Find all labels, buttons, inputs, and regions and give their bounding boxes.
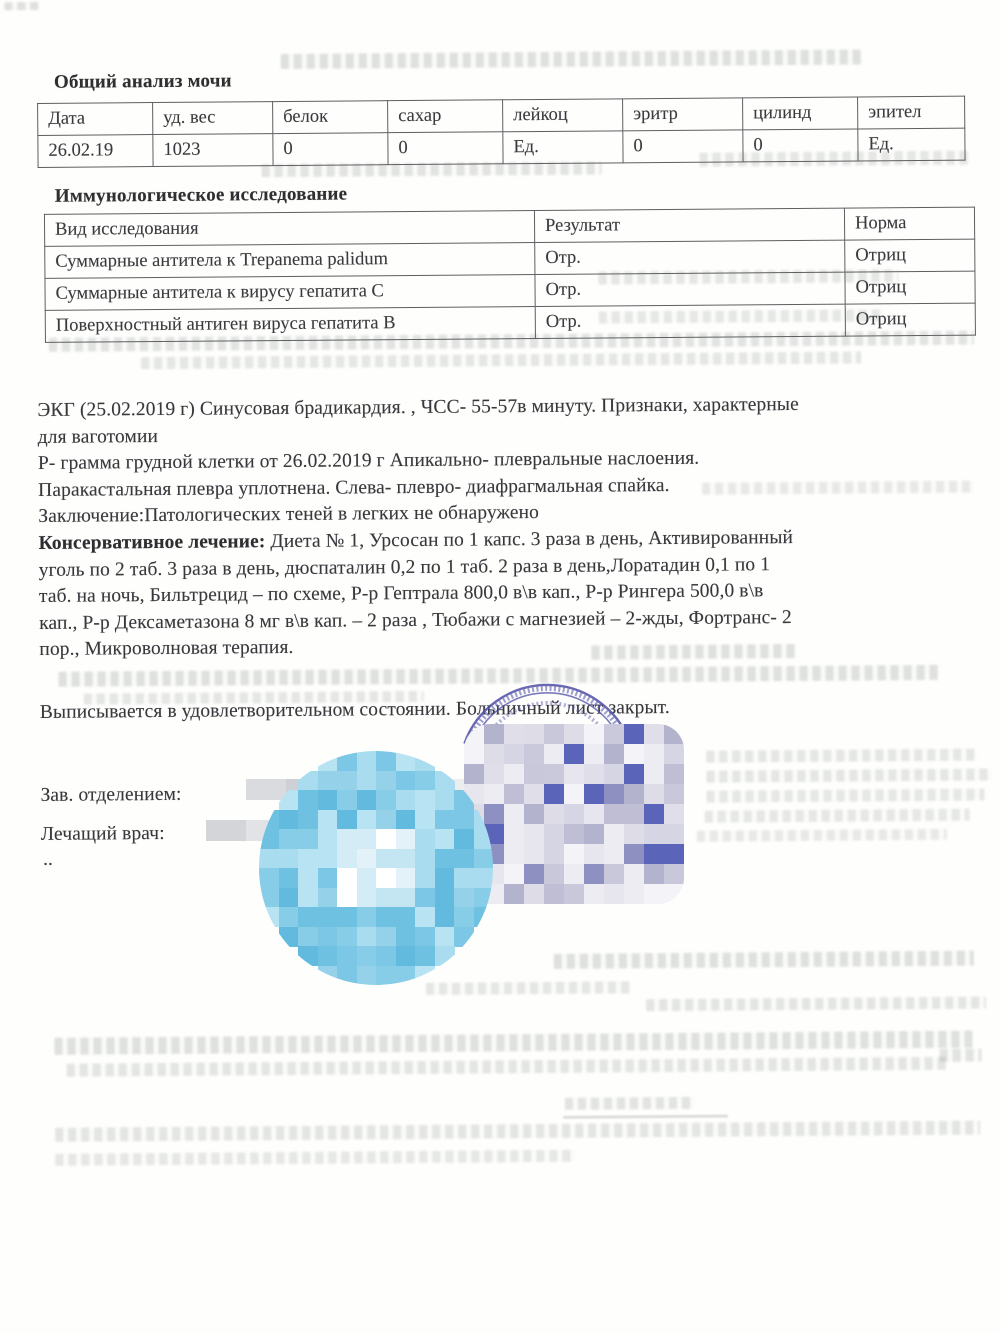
mosaic-cell — [298, 849, 318, 869]
mosaic-cell — [318, 790, 338, 810]
mosaic-cell — [318, 888, 338, 908]
mosaic-cell — [337, 810, 357, 830]
mosaic-cell — [396, 907, 416, 927]
mosaic-cell — [396, 751, 416, 771]
mosaic-cell — [415, 888, 435, 908]
mosaic-cell — [318, 946, 338, 966]
mosaic-cell — [337, 849, 357, 869]
mosaic-cell — [524, 804, 545, 825]
mosaic-cell — [376, 966, 396, 986]
mosaic-cell — [504, 844, 525, 865]
mosaic-cell — [504, 784, 525, 805]
mosaic-cell — [357, 966, 377, 986]
mosaic-cell — [454, 790, 474, 810]
mosaic-cell — [624, 804, 645, 825]
mosaic-cell — [415, 927, 435, 947]
mosaic-cell — [318, 829, 338, 849]
mosaic-cell — [474, 810, 494, 830]
mosaic-cell — [318, 927, 338, 947]
mosaic-cell — [357, 810, 377, 830]
mosaic-cell — [318, 771, 338, 791]
mosaic-cell — [604, 884, 625, 904]
mosaic-cell — [504, 864, 525, 885]
mosaic-cell — [376, 771, 396, 791]
mosaic-cell — [644, 884, 665, 904]
mosaic-cell — [357, 829, 377, 849]
mosaic-cell — [624, 724, 645, 745]
mosaic-cell — [357, 907, 377, 927]
mosaic-cell — [357, 849, 377, 869]
mosaic-cell — [584, 724, 605, 745]
mosaic-cell — [484, 744, 505, 765]
mosaic-cell — [584, 824, 605, 845]
mosaic-cell — [664, 724, 684, 745]
mosaic-cell — [396, 810, 416, 830]
mosaic-cell — [298, 771, 318, 791]
mosaic-cell — [279, 907, 299, 927]
mosaic-cell — [524, 744, 545, 765]
mosaic-cell — [259, 810, 279, 830]
mosaic-cell — [376, 868, 396, 888]
mosaic-cell — [584, 804, 605, 825]
mosaic-cell — [564, 884, 585, 904]
mosaic-cell — [624, 864, 645, 885]
mosaic-cell — [504, 824, 525, 845]
mosaic-cell — [454, 868, 474, 888]
mosaic-cell — [259, 868, 279, 888]
mosaic-cell — [464, 744, 485, 765]
mosaic-cell — [259, 849, 279, 869]
mosaic-cell — [318, 907, 338, 927]
mosaic-cell — [524, 884, 545, 904]
mosaic-cell — [357, 927, 377, 947]
mosaic-cell — [564, 864, 585, 885]
mosaic-cell — [279, 810, 299, 830]
mosaic-cell — [604, 724, 625, 745]
mosaic-cell — [644, 744, 665, 765]
mosaic-cell — [396, 888, 416, 908]
mosaic-cell — [396, 927, 416, 947]
mosaic-cell — [664, 864, 684, 885]
mosaic-cell — [644, 824, 665, 845]
mosaic-cell — [454, 907, 474, 927]
scanned-medical-report-page: { "report": { "urine": { "title": "Общий… — [0, 0, 1000, 1333]
mosaic-cell — [376, 829, 396, 849]
mosaic-cell — [435, 927, 455, 947]
mosaic-cell — [376, 946, 396, 966]
mosaic-cell — [318, 810, 338, 830]
mosaic-cell — [415, 751, 435, 771]
mosaic-cell — [544, 864, 565, 885]
mosaic-cell — [376, 810, 396, 830]
mosaic-cell — [357, 771, 377, 791]
mosaic-cell — [415, 868, 435, 888]
mosaic-cell — [279, 868, 299, 888]
mosaic-cell — [435, 829, 455, 849]
mosaic-cell — [337, 829, 357, 849]
mosaic-cell — [604, 744, 625, 765]
mosaic-cell — [524, 784, 545, 805]
mosaic-cell — [584, 884, 605, 904]
mosaic-cell — [644, 844, 665, 865]
mosaic-cell — [624, 844, 645, 865]
mosaic-cell — [664, 804, 684, 825]
mosaic-cell — [664, 844, 684, 865]
mosaic-cell — [644, 724, 665, 745]
mosaic-cell — [664, 764, 684, 785]
mosaic-cell — [474, 888, 494, 908]
mosaic-cell — [484, 724, 505, 745]
mosaic-cell — [396, 868, 416, 888]
mosaic-cell — [504, 744, 525, 765]
mosaic-cell — [584, 844, 605, 865]
mosaic-cell — [279, 790, 299, 810]
mosaic-cell — [584, 744, 605, 765]
mosaic-cell — [396, 946, 416, 966]
mosaic-cell — [279, 849, 299, 869]
mosaic-cell — [644, 784, 665, 805]
mosaic-cell — [524, 844, 545, 865]
mosaic-cell — [504, 764, 525, 785]
mosaic-cell — [484, 784, 505, 805]
mosaic-cell — [415, 907, 435, 927]
mosaic-cell — [435, 771, 455, 791]
mosaic-cell — [259, 888, 279, 908]
redacted-stamp-rect — [464, 724, 684, 904]
mosaic-cell — [415, 946, 435, 966]
mosaic-cell — [664, 824, 684, 845]
redacted-stamp-circle — [259, 751, 493, 985]
mosaic-cell — [544, 744, 565, 765]
mosaic-cell — [544, 764, 565, 785]
mosaic-cell — [376, 927, 396, 947]
mosaic-cell — [544, 784, 565, 805]
mosaic-cell — [454, 849, 474, 869]
mosaic-cell — [474, 868, 494, 888]
mosaic-cell — [454, 829, 474, 849]
mosaic-cell — [337, 751, 357, 771]
mosaic-cell — [435, 888, 455, 908]
mosaic-cell — [664, 784, 684, 805]
mosaic-cell — [396, 849, 416, 869]
mosaic-cell — [259, 829, 279, 849]
mosaic-cell — [415, 966, 435, 986]
mosaic-cell — [604, 864, 625, 885]
mosaic-cell — [259, 907, 279, 927]
mosaic-cell — [396, 790, 416, 810]
mosaic-cell — [584, 864, 605, 885]
mosaic-cell — [435, 790, 455, 810]
mosaic-cell — [298, 829, 318, 849]
mosaic-cell — [318, 751, 338, 771]
mosaic-cell — [337, 966, 357, 986]
mosaic-cell — [376, 751, 396, 771]
mosaic-cell — [504, 884, 525, 904]
mosaic-cell — [376, 849, 396, 869]
mosaic-cell — [624, 744, 645, 765]
mosaic-cell — [564, 744, 585, 765]
mosaic-cell — [484, 764, 505, 785]
mosaic-cell — [644, 764, 665, 785]
mosaic-cell — [564, 804, 585, 825]
mosaic-cell — [624, 884, 645, 904]
mosaic-cell — [474, 907, 494, 927]
mosaic-cell — [435, 810, 455, 830]
mosaic-cell — [524, 864, 545, 885]
mosaic-cell — [564, 844, 585, 865]
mosaic-cell — [357, 751, 377, 771]
mosaic-cell — [337, 868, 357, 888]
mosaic-cell — [357, 946, 377, 966]
mosaic-cell — [544, 724, 565, 745]
mosaic-cell — [357, 888, 377, 908]
mosaic-cell — [435, 946, 455, 966]
mosaic-cell — [624, 764, 645, 785]
mosaic-cell — [357, 790, 377, 810]
mosaic-cell — [337, 771, 357, 791]
mosaic-cell — [664, 744, 684, 765]
mosaic-cell — [464, 764, 485, 785]
mosaic-cell — [644, 804, 665, 825]
mosaic-cell — [318, 966, 338, 986]
mosaic-cell — [544, 884, 565, 904]
mosaic-cell — [454, 810, 474, 830]
mosaic-cell — [376, 907, 396, 927]
mosaic-cell — [298, 888, 318, 908]
pixelation-redaction-layer — [0, 0, 1000, 1333]
mosaic-cell — [624, 784, 645, 805]
mosaic-cell — [246, 779, 267, 800]
mosaic-cell — [337, 946, 357, 966]
mosaic-cell — [524, 764, 545, 785]
mosaic-cell — [624, 824, 645, 845]
mosaic-cell — [318, 849, 338, 869]
mosaic-cell — [206, 820, 227, 841]
mosaic-cell — [298, 868, 318, 888]
mosaic-cell — [604, 804, 625, 825]
mosaic-cell — [604, 844, 625, 865]
mosaic-cell — [564, 724, 585, 745]
mosaic-cell — [435, 868, 455, 888]
mosaic-cell — [396, 829, 416, 849]
mosaic-cell — [524, 724, 545, 745]
mosaic-cell — [454, 888, 474, 908]
mosaic-cell — [584, 764, 605, 785]
mosaic-cell — [544, 824, 565, 845]
mosaic-cell — [376, 888, 396, 908]
mosaic-cell — [337, 888, 357, 908]
mosaic-cell — [337, 927, 357, 947]
mosaic-cell — [584, 784, 605, 805]
mosaic-cell — [298, 946, 318, 966]
mosaic-cell — [604, 784, 625, 805]
mosaic-cell — [279, 888, 299, 908]
mosaic-cell — [318, 868, 338, 888]
mosaic-cell — [415, 849, 435, 869]
mosaic-cell — [298, 790, 318, 810]
mosaic-cell — [415, 829, 435, 849]
mosaic-cell — [604, 764, 625, 785]
mosaic-cell — [226, 820, 247, 841]
mosaic-cell — [298, 907, 318, 927]
mosaic-cell — [544, 804, 565, 825]
mosaic-cell — [376, 790, 396, 810]
mosaic-cell — [396, 966, 416, 986]
mosaic-cell — [415, 771, 435, 791]
mosaic-cell — [504, 804, 525, 825]
mosaic-cell — [435, 907, 455, 927]
mosaic-cell — [279, 927, 299, 947]
mosaic-cell — [415, 790, 435, 810]
mosaic-cell — [298, 810, 318, 830]
mosaic-cell — [564, 784, 585, 805]
mosaic-cell — [564, 824, 585, 845]
mosaic-cell — [337, 907, 357, 927]
mosaic-cell — [604, 824, 625, 845]
mosaic-cell — [464, 724, 485, 745]
mosaic-cell — [396, 771, 416, 791]
mosaic-cell — [644, 864, 665, 885]
mosaic-cell — [474, 829, 494, 849]
mosaic-cell — [415, 810, 435, 830]
mosaic-cell — [454, 927, 474, 947]
mosaic-cell — [504, 724, 525, 745]
mosaic-cell — [544, 844, 565, 865]
mosaic-cell — [337, 790, 357, 810]
mosaic-cell — [564, 764, 585, 785]
mosaic-cell — [664, 884, 684, 904]
mosaic-cell — [279, 829, 299, 849]
mosaic-cell — [435, 849, 455, 869]
mosaic-cell — [298, 927, 318, 947]
mosaic-cell — [474, 849, 494, 869]
mosaic-cell — [524, 824, 545, 845]
mosaic-cell — [357, 868, 377, 888]
